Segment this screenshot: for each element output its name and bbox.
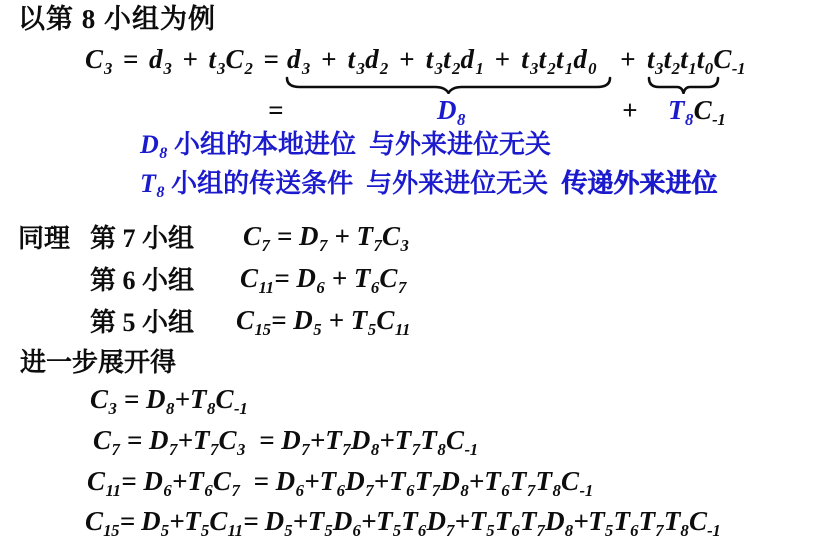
- summary-plus-sign: +: [622, 95, 637, 125]
- summary-equals-sign: =: [268, 95, 283, 125]
- transfer-term: T8C-1: [668, 95, 726, 129]
- carry-equation-d-terms: d3 + t3d2 + t3t2d1 + t3t2t1d0: [287, 44, 597, 78]
- carry-equation-t-terms: t3t2t1t0C-1: [647, 44, 746, 78]
- expansion-header: 进一步展开得: [20, 348, 176, 377]
- expansion-row-c11: C11= D6+T6C7 = D6+T6D7+T6T7D8+T6T7T8C-1: [87, 466, 593, 500]
- group-7-formula: C7 = D7 + T7C3: [243, 221, 409, 255]
- local-carry-symbol: D8: [437, 95, 466, 129]
- underbrace-d-icon: [285, 76, 612, 94]
- d8-definition-label: D8 小组的本地进位 与外来进位无关: [140, 130, 551, 164]
- carry-equation-head: C3 = d3 + t3C2 =: [85, 44, 279, 78]
- group-7-label: 第 7 小组: [90, 224, 194, 253]
- expansion-row-c15: C15= D5+T5C11= D5+T5D6+T5T6D7+T5T6T7D8+T…: [85, 506, 721, 540]
- group-6-label: 第 6 小组: [90, 266, 194, 295]
- group-6-formula: C11= D6 + T6C7: [240, 263, 407, 297]
- example-heading: 以第 8 小组为例: [18, 4, 216, 34]
- tongli-label: 同理: [18, 224, 70, 253]
- expansion-row-c3: C3 = D8+T8C-1: [90, 384, 248, 418]
- group-5-label: 第 5 小组: [90, 308, 194, 337]
- slide: 以第 8 小组为例 C3 = d3 + t3C2 = d3 + t3d2 + t…: [0, 0, 828, 553]
- t8-definition-label: T8 小组的传送条件 与外来进位无关 传递外来进位: [140, 169, 717, 203]
- expansion-row-c7: C7 = D7+T7C3 = D7+T7D8+T7T8C-1: [93, 425, 478, 459]
- group-5-formula: C15= D5 + T5C11: [236, 305, 411, 339]
- carry-equation-plus-sign: +: [620, 44, 635, 74]
- underbrace-t-icon: [647, 76, 720, 94]
